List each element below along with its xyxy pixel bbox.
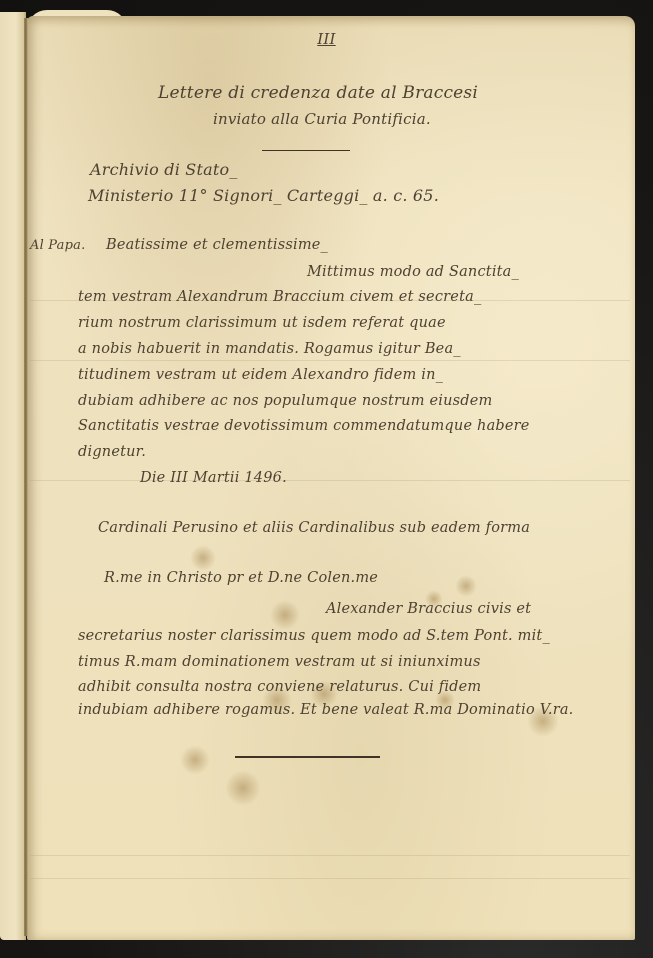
ruled-line — [30, 855, 630, 856]
letter-line: secretarius noster clarissimus quem modo… — [78, 628, 550, 644]
letter-line: titudinem vestram ut eidem Alexandro fid… — [78, 367, 443, 383]
manuscript-page — [27, 16, 635, 940]
paper-stain — [270, 600, 300, 630]
paper-stain — [180, 745, 210, 775]
letter-line: timus R.mam dominationem vestram ut si i… — [78, 654, 481, 670]
letter-line: dignetur. — [78, 444, 146, 460]
letter-line: Sanctitatis vestrae devotissimum commend… — [78, 418, 530, 434]
paper-stain — [190, 545, 216, 571]
salutation: Beatissime et clementissime_ — [106, 237, 328, 253]
letter-line: Alexander Braccius civis et — [326, 601, 531, 617]
letter-line: Mittimus modo ad Sanctita_ — [307, 264, 519, 280]
second-letter-heading: Cardinali Perusino et aliis Cardinalibus… — [98, 520, 530, 536]
letter-date: Die III Martii 1496. — [140, 470, 287, 486]
closing-divider — [235, 756, 380, 758]
paper-stain — [455, 575, 477, 597]
archive-reference-line-2: Ministerio 11° Signori_ Carteggi_ a. c. … — [88, 186, 439, 205]
letter-line: adhibit consulta nostra conviene relatur… — [78, 679, 481, 695]
page-number: III — [0, 30, 653, 48]
facing-page-edge — [0, 12, 26, 940]
book-gutter — [24, 18, 28, 936]
letter-line: rium nostrum clarissimum ut isdem refera… — [78, 315, 446, 331]
ruled-line — [30, 360, 630, 361]
second-letter-salutation: R.me in Christo pr et D.ne Colen.me — [104, 570, 378, 586]
document-title-line-2: inviato alla Curia Pontificia. — [213, 110, 431, 128]
letter-line: indubiam adhibere rogamus. Et bene valea… — [78, 702, 573, 718]
ruled-line — [30, 480, 630, 481]
title-divider — [262, 150, 350, 151]
archive-reference-line-1: Archivio di Stato_ — [90, 160, 238, 179]
margin-note-addressee: Al Papa. — [30, 238, 85, 253]
letter-line: dubiam adhibere ac nos populumque nostru… — [78, 393, 492, 409]
document-title-line-1: Lettere di credenza date al Braccesi — [158, 83, 478, 103]
letter-line: tem vestram Alexandrum Braccium civem et… — [78, 289, 481, 305]
letter-line: a nobis habuerit in mandatis. Rogamus ig… — [78, 341, 461, 357]
paper-stain — [225, 770, 261, 806]
ruled-line — [30, 878, 630, 879]
